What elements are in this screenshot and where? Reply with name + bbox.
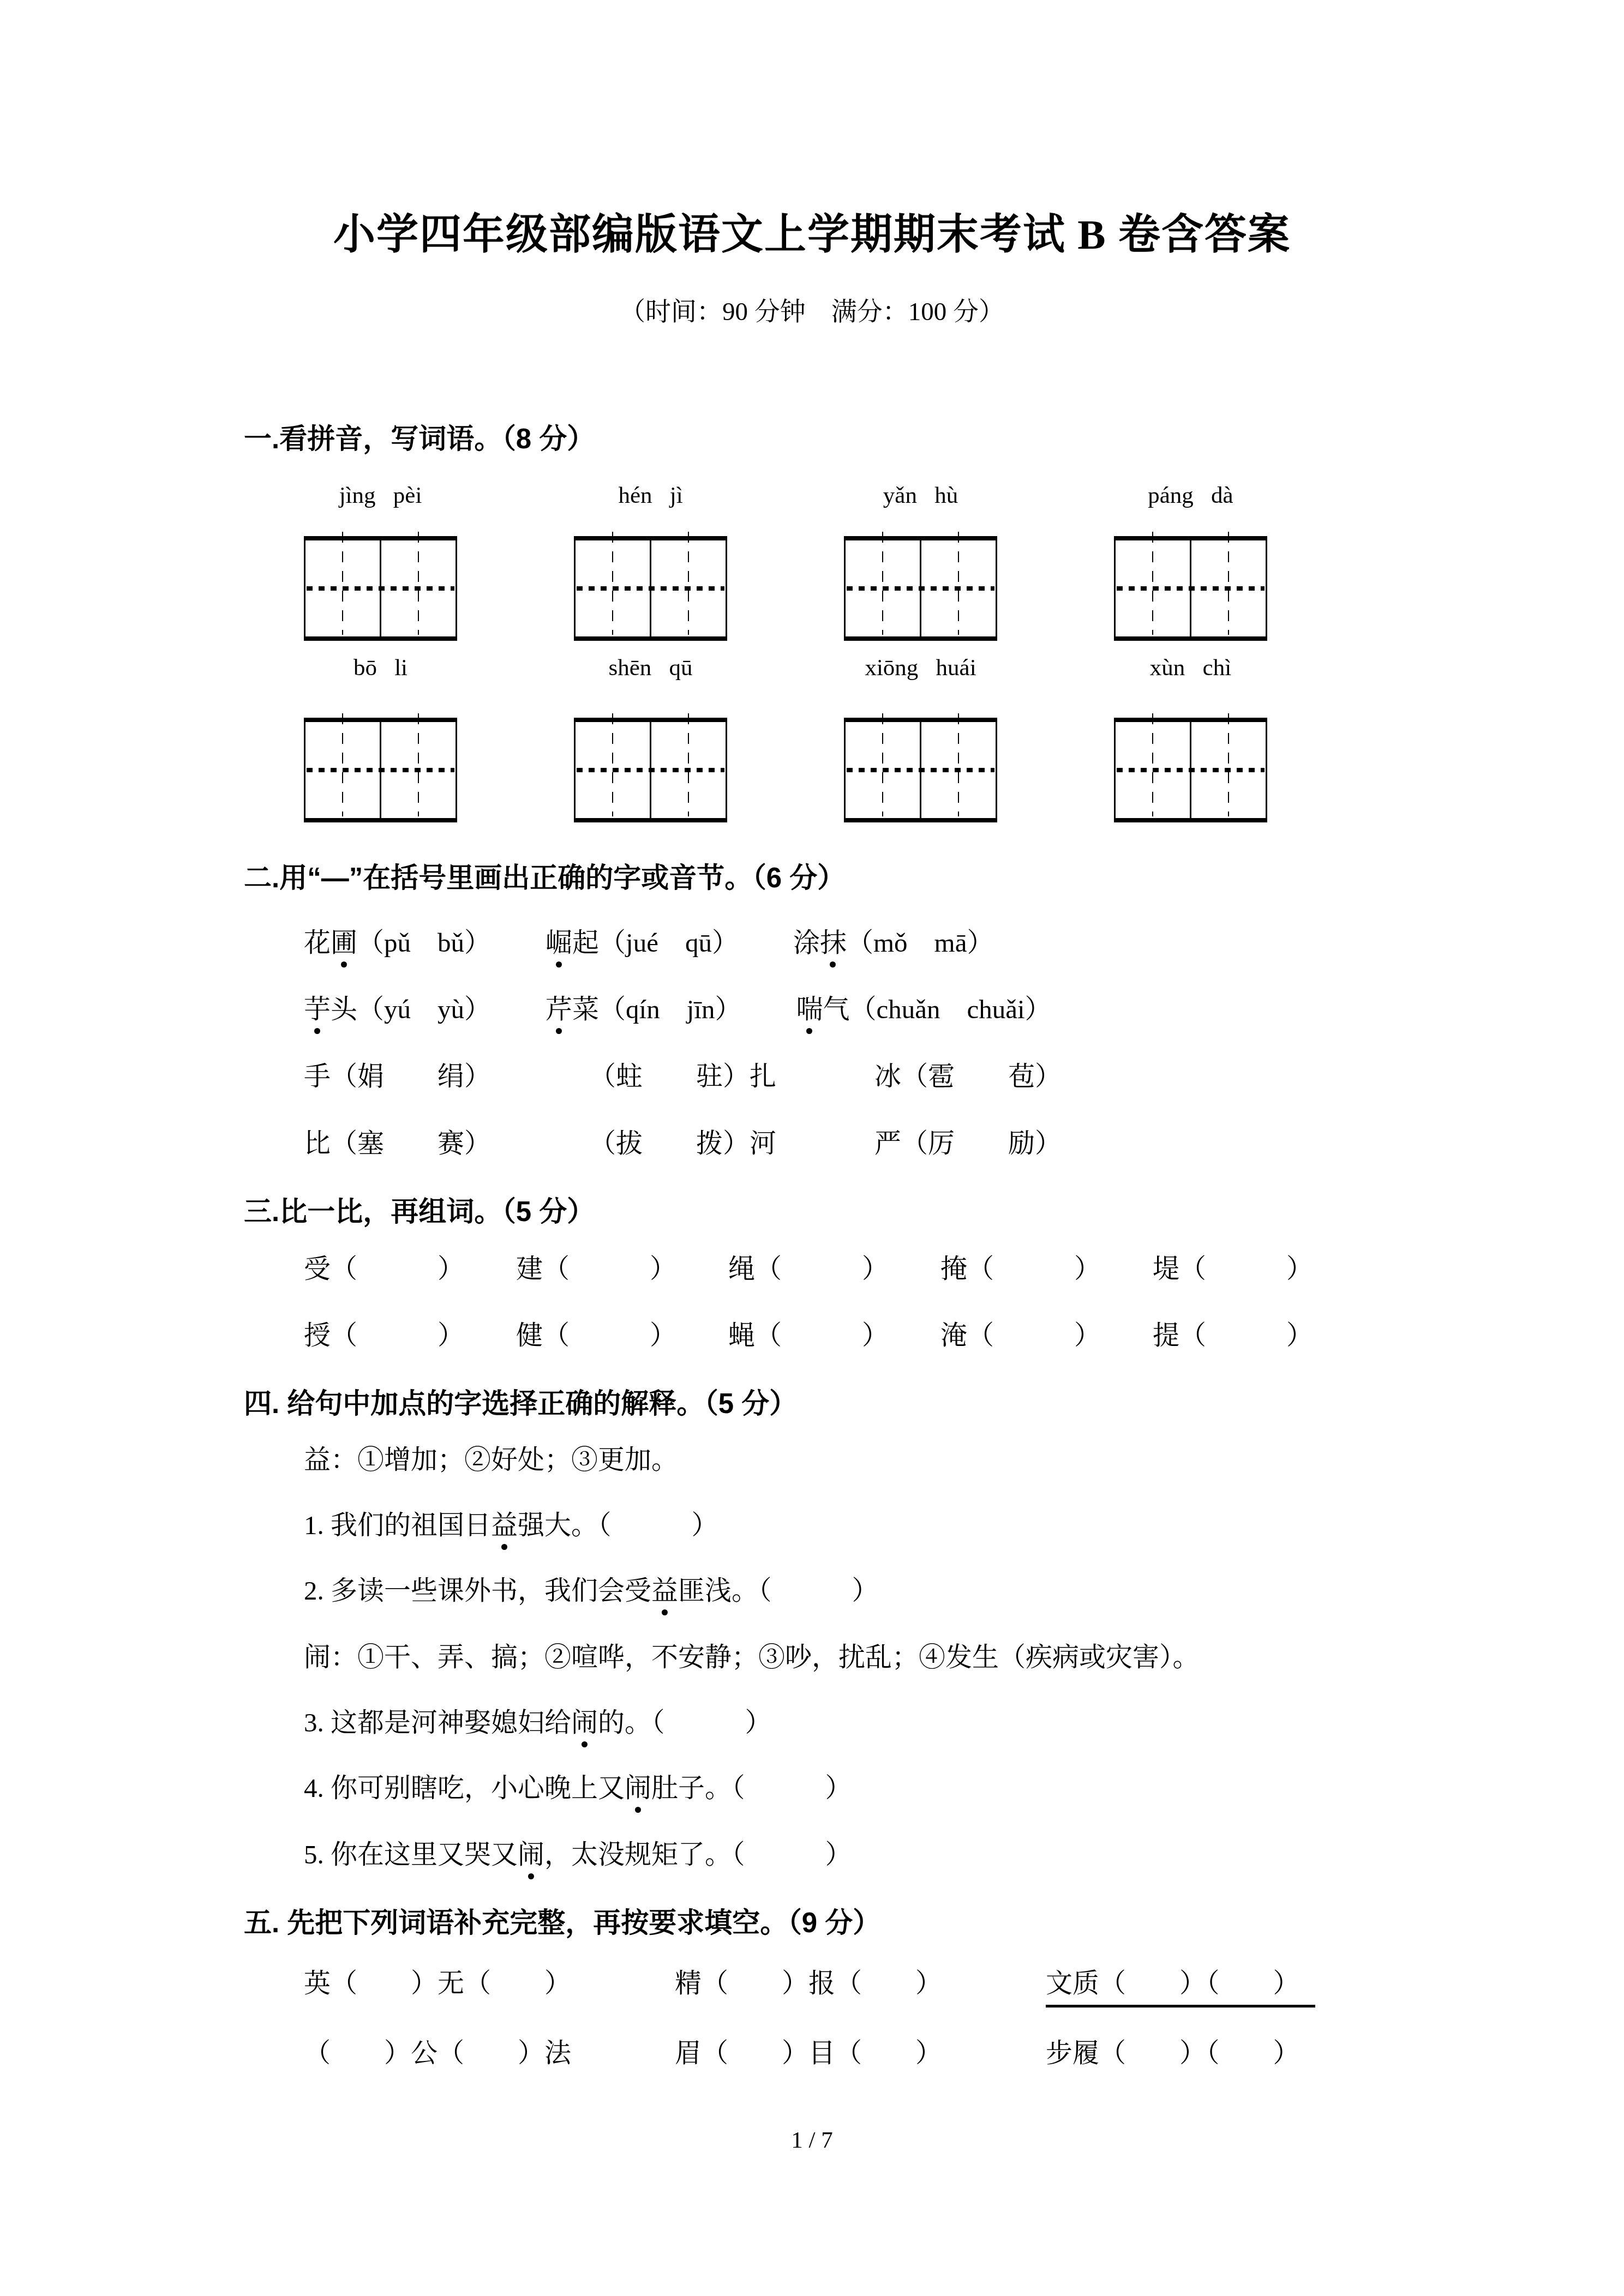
writing-grid [844,718,997,822]
word-blank: 淹（ ） [940,1320,1101,1351]
grid-cell [1190,540,1266,636]
word-blank: 授（ ） [304,1320,464,1351]
dotted-character: 闹 [625,1772,651,1804]
section5-row1: 英（ ）无（ ） 精（ ）报（ ） 文质（ ）（ ） [304,1968,1315,2008]
question-line: 3. 这都是河神娶媳妇给闹的。（ ） [304,1707,772,1739]
dotted-character: 益 [491,1510,518,1541]
word-blank: 建（ ） [516,1253,676,1285]
choice-item: （蛀 驻）扎 [589,1061,776,1092]
word-blank: 提（ ） [1153,1320,1313,1351]
choice-item: 严（厉 励） [874,1128,1062,1159]
word-blank: 绳（ ） [728,1253,889,1285]
writing-grid [844,536,997,641]
dotted-character: 喘 [796,994,823,1025]
grid-cell [920,722,996,818]
pinyin-label: yǎn hù [844,482,997,509]
grid-cell [650,722,726,818]
dotted-character: 崛 [546,927,572,959]
writing-grid [1114,536,1267,641]
writing-grid [574,536,727,641]
definition-line-yi: 益：①增加；②好处；③更加。 [304,1444,678,1476]
dotted-character: 芹 [546,994,572,1025]
grid-cell [380,540,456,636]
choice-item: 崛起（jué qū） [546,927,739,959]
choice-item: （拔 拨）河 [589,1128,776,1159]
grid-cell [380,722,456,818]
choice-item: 手（娟 绢） [304,1061,491,1092]
choice-item: 芹菜（qín jīn） [546,994,741,1025]
exam-info: （时间：90 分钟 满分：100 分） [0,291,1624,328]
dotted-character: 闹 [518,1839,544,1871]
writing-grid [304,536,457,641]
choice-item: 比（塞 赛） [304,1128,491,1159]
grid-cell [576,722,650,818]
section3-row1: 受（ ） 建（ ） 绳（ ） 掩（ ） 堤（ ） [304,1253,1313,1285]
section5-row2: （ ）公（ ）法 眉（ ）目（ ） 步履（ ）（ ） [304,2037,1300,2069]
definition-line-nao: 闹：①干、弄、搞；②喧哗，不安静；③吵，扰乱；④发生（疾病或灾害）。 [304,1642,1200,1673]
section4-heading: 四. 给句中加点的字选择正确的解释。（5 分） [244,1381,797,1421]
section2-heading: 二.用“—”在括号里画出正确的字或音节。（6 分） [244,855,845,895]
choice-item: 涂抹（mǒ mā） [793,927,994,959]
dotted-character: 益 [651,1575,678,1607]
section2-line1: 花圃（pǔ bǔ） 崛起（jué qū） 涂抹（mǒ mā） [304,927,993,959]
grid-cell [576,540,650,636]
word-blank: 受（ ） [304,1253,464,1285]
grid-cell [846,540,920,636]
grid-cell [305,722,380,818]
question-line: 5. 你在这里又哭又闹，太没规矩了。（ ） [304,1839,852,1871]
pinyin-label: jìng pèi [304,482,457,509]
idiom-blank: （ ）公（ ）法 [304,2037,571,2069]
choice-item: 花圃（pǔ bǔ） [304,927,491,959]
grid-cell [846,722,920,818]
grid-cell [1116,540,1190,636]
section5-heading: 五. 先把下列词语补充完整，再按要求填空。（9 分） [244,1900,880,1940]
section1-grid-row2 [304,718,1267,822]
question-line: 4. 你可别瞎吃，小心晚上又闹肚子。（ ） [304,1772,852,1804]
question-line: 2. 多读一些课外书，我们会受益匪浅。（ ） [304,1575,879,1607]
section1-pinyin-row2: bō li shēn qū xiōng huái xùn chì [304,654,1267,681]
choice-item: 喘气（chuǎn chuǎi） [796,994,1051,1025]
section1-heading: 一.看拼音，写词语。（8 分） [244,416,595,456]
grid-cell [1116,722,1190,818]
choice-item: 芋头（yú yù） [304,994,491,1025]
dotted-character: 闹 [571,1707,598,1739]
idiom-blank: 步履（ ）（ ） [1046,2037,1300,2069]
section3-heading: 三.比一比，再组词。（5 分） [244,1189,595,1229]
section1-pinyin-row1: jìng pèi hén jì yǎn hù páng dà [304,482,1267,509]
idiom-blank: 英（ ）无（ ） [304,1968,571,2008]
section2-line4: 比（塞 赛） （拔 拨）河 严（厉 励） [304,1128,1062,1159]
word-blank: 掩（ ） [940,1253,1101,1285]
pinyin-label: páng dà [1114,482,1267,509]
idiom-blank: 眉（ ）目（ ） [675,2037,942,2069]
exam-page: { "header": { "title": "小学四年级部编版语文上学期期末考… [0,0,1624,2296]
pinyin-label: bō li [304,654,457,681]
dotted-character: 抹 [820,927,847,959]
grid-cell [920,540,996,636]
grid-cell [1190,722,1266,818]
word-blank: 堤（ ） [1153,1253,1313,1285]
dotted-character: 芋 [304,994,331,1025]
section2-line3: 手（娟 绢） （蛀 驻）扎 冰（雹 苞） [304,1061,1062,1092]
section2-line2: 芋头（yú yù） 芹菜（qín jīn） 喘气（chuǎn chuǎi） [304,994,1052,1025]
idiom-blank: 精（ ）报（ ） [675,1968,942,2008]
section3-row2: 授（ ） 健（ ） 蝇（ ） 淹（ ） 提（ ） [304,1320,1313,1351]
pinyin-label: xiōng huái [844,654,997,681]
writing-grid [304,718,457,822]
pinyin-label: shēn qū [574,654,727,681]
word-blank: 健（ ） [516,1320,676,1351]
idiom-blank-underlined: 文质（ ）（ ） [1046,1968,1315,2008]
pinyin-label: xùn chì [1114,654,1267,681]
grid-cell [650,540,726,636]
writing-grid [1114,718,1267,822]
section1-grid-row1 [304,536,1267,641]
question-line: 1. 我们的祖国日益强大。（ ） [304,1510,718,1541]
word-blank: 蝇（ ） [728,1320,889,1351]
grid-cell [305,540,380,636]
page-number: 1 / 7 [0,2127,1624,2154]
page-title: 小学四年级部编版语文上学期期末考试 B 卷含答案 [0,201,1624,261]
pinyin-label: hén jì [574,482,727,509]
dotted-character: 圃 [331,927,357,959]
choice-item: 冰（雹 苞） [874,1061,1062,1092]
writing-grid [574,718,727,822]
